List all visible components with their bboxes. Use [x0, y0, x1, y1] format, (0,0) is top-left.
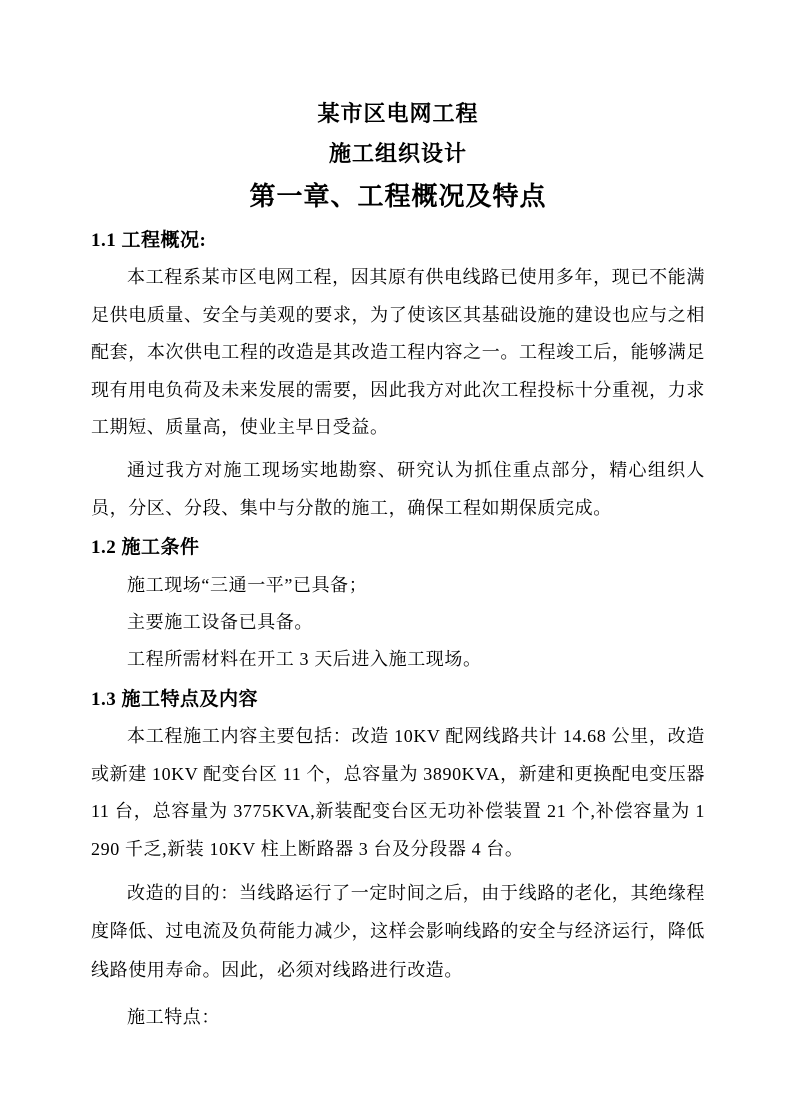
section-heading-1-3: 1.3 施工特点及内容 — [91, 681, 705, 718]
paragraph: 改造的目的：当线路运行了一定时间之后，由于线路的老化，其绝缘程度降低、过电流及负… — [91, 874, 705, 990]
title-block: 某市区电网工程 施工组织设计 第一章、工程概况及特点 — [91, 94, 705, 220]
paragraph: 通过我方对施工现场实地勘察、研究认为抓住重点部分，精心组织人员，分区、分段、集中… — [91, 452, 705, 527]
section-heading-1-2: 1.2 施工条件 — [91, 529, 705, 566]
paragraph: 主要施工设备已具备。 — [91, 604, 705, 641]
section-construction-conditions: 1.2 施工条件 施工现场“三通一平”已具备； 主要施工设备已具备。 工程所需材… — [91, 529, 705, 679]
section-heading-1-1: 1.1 工程概况: — [91, 222, 705, 259]
section-features-and-content: 1.3 施工特点及内容 本工程施工内容主要包括：改造 10KV 配网线路共计 1… — [91, 681, 705, 1037]
paragraph: 工程所需材料在开工 3 天后进入施工现场。 — [91, 641, 705, 678]
document-subtitle: 施工组织设计 — [91, 134, 705, 174]
paragraph: 施工现场“三通一平”已具备； — [91, 567, 705, 604]
document-page: 某市区电网工程 施工组织设计 第一章、工程概况及特点 1.1 工程概况: 本工程… — [0, 0, 794, 1120]
paragraph: 本工程施工内容主要包括：改造 10KV 配网线路共计 14.68 公里，改造或新… — [91, 718, 705, 868]
section-project-overview: 1.1 工程概况: 本工程系某市区电网工程，因其原有供电线路已使用多年，现已不能… — [91, 222, 705, 527]
paragraph: 本工程系某市区电网工程，因其原有供电线路已使用多年，现已不能满足供电质量、安全与… — [91, 259, 705, 446]
paragraph: 施工特点： — [91, 999, 705, 1036]
chapter-title: 第一章、工程概况及特点 — [91, 174, 705, 220]
document-title: 某市区电网工程 — [91, 94, 705, 134]
